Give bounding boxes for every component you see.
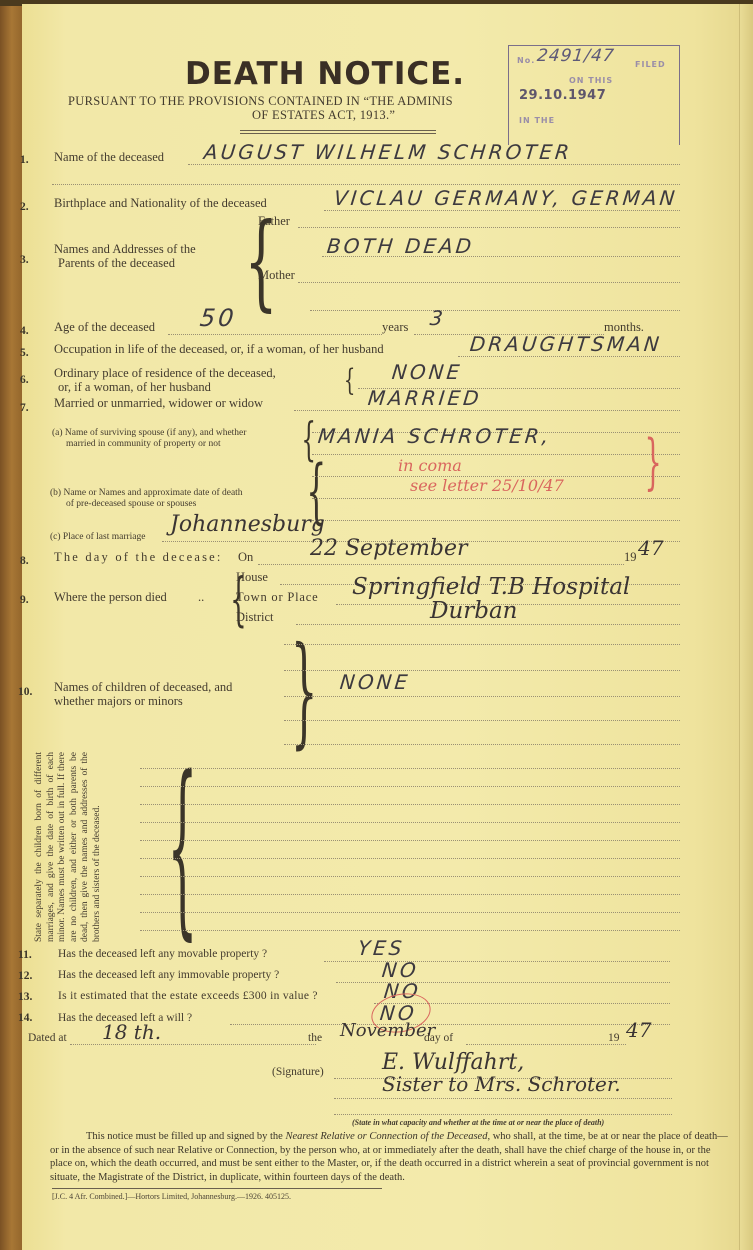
mother-line-2 [310,310,680,311]
parents-label-1: Names and Addresses of the [54,242,196,257]
instructions-rotated: State separately the children born of di… [34,752,134,942]
name-line [188,164,680,165]
movable-property-label: Has the deceased left any movable proper… [58,948,267,960]
predeceased-line-2 [312,498,680,499]
death-place-dots: .. [198,590,204,605]
mother-label: Mother [258,268,295,283]
marital-status-line [294,410,680,411]
name-line-2 [52,184,680,185]
dated-value: 18 th. [102,1020,161,1044]
birthplace-label: Birthplace and Nationality of the deceas… [54,196,267,211]
day-of-label: day of [424,1032,453,1044]
footer-notice: This notice must be filled up and signed… [50,1130,730,1184]
age-years-line [168,334,382,335]
extra-line-5 [140,840,680,841]
town-label: Town or Place [236,590,318,605]
extra-line-3 [140,804,680,805]
stamp-filed: FILED [635,60,666,69]
field-number-13: 13. [18,991,32,1003]
district-line [296,624,680,625]
page-edge [739,4,753,1250]
decease-day-line [258,564,624,565]
parents-label-2: Parents of the deceased [58,256,175,271]
instructions-brace: { [167,752,197,942]
children-line-1 [284,644,680,645]
red-bracket: } [645,432,662,492]
surviving-spouse-value: MANIA SCHROTER, [317,424,553,448]
occupation-value: DRAUGHTSMAN [469,332,663,356]
field-number-14: 14. [18,1012,32,1024]
death-town-value: Springfield T.B Hospital [352,574,630,600]
immovable-property-label: Has the deceased left any immovable prop… [58,969,279,981]
marital-status-value: MARRIED [367,386,483,410]
field-number-7: 7. [20,402,29,414]
spouse-label-1: (a) Name of surviving spouse (if any), a… [52,428,246,439]
notice-text-1: This notice must be filled up and signed… [86,1131,285,1142]
signature-label: (Signature) [272,1066,324,1078]
title-rule [240,130,436,134]
spouse-line-2 [312,454,680,455]
extra-line-4 [140,822,680,823]
years-label: years [382,320,408,335]
occupation-line [458,356,680,357]
field-number-1: 1. [20,154,29,166]
decease-year-prefix: 19 [624,550,637,565]
movable-property-line [324,961,670,962]
movable-property-value: YES [357,936,406,960]
residence-value: NONE [391,360,464,384]
extra-line-7 [140,876,680,877]
extra-line-9 [140,912,680,913]
decease-on-label: On [238,550,253,565]
red-annotation-1: in coma [398,456,462,475]
month-value: November [340,1020,435,1041]
field-number-9: 9. [20,594,29,606]
children-value: NONE [339,670,412,694]
birthplace-value: VICLAU GERMANY, GERMAN [333,186,679,210]
children-label-2: whether majors or minors [54,694,183,709]
extra-line-6 [140,858,680,859]
will-line [230,1024,670,1025]
marriage-place-value: Johannesburg [170,512,325,537]
extra-line-2 [140,786,680,787]
printer-imprint: [J.C. 4 Afr. Combined.]—Hortors Limited,… [52,1192,291,1201]
page-title: DEATH NOTICE. [185,56,465,92]
filing-stamp: No. 2491/47 FILED ON THIS 29.10.1947 IN … [508,45,680,145]
red-annotation-2: see letter 25/10/47 [410,476,564,495]
instructions-text: State separately the children born of di… [34,752,103,942]
death-place-label: Where the person died [54,590,167,605]
signature-year-value: 47 [626,1018,651,1042]
field-number-8: 8. [20,555,29,567]
subtitle-line-2: OF ESTATES ACT, 1913.” [252,108,395,123]
dated-label: Dated at [28,1032,67,1044]
residence-brace: { [344,366,355,396]
house-label: House [236,570,268,585]
parents-value: BOTH DEAD [326,234,476,258]
predeceased-label-1: (b) Name or Names and approximate date o… [50,488,243,499]
death-notice-page: DEATH NOTICE. PURSUANT TO THE PROVISIONS… [22,4,753,1250]
extra-line-1 [140,768,680,769]
name-label: Name of the deceased [54,150,164,165]
stamp-in-the: IN THE [519,116,555,125]
children-brace: } [291,632,318,752]
signature-year-prefix: 19 [608,1032,620,1044]
children-label-1: Names of children of deceased, and [54,680,232,695]
extra-line-8 [140,894,680,895]
deceased-name-value: AUGUST WILHELM SCHROTER [203,140,574,164]
field-number-4: 4. [20,325,29,337]
field-number-6: 6. [20,374,29,386]
age-years-value: 50 [199,304,238,332]
spouse-label-2: married in community of property or not [66,439,221,450]
field-number-10: 10. [18,686,32,698]
extra-line-10 [140,930,680,931]
capacity-note: (State in what capacity and whether at t… [352,1118,604,1127]
capacity-line-2 [334,1114,672,1115]
children-line-5 [284,744,680,745]
decease-date-value: 22 September [310,536,468,561]
age-months-value: 3 [429,306,447,330]
marriage-place-label: (c) Place of last marriage [50,532,145,543]
children-line-3 [284,696,680,697]
stamp-number-prefix: No. [517,56,535,65]
stamp-date: 29.10.1947 [519,88,606,103]
occupation-label: Occupation in life of the deceased, or, … [54,342,384,357]
residence-label-2: or, if a woman, of her husband [58,380,211,395]
imprint-rule [52,1188,382,1189]
capacity-line [334,1098,672,1099]
the-label: the [308,1032,322,1044]
field-number-11: 11. [18,949,32,961]
mother-line [298,282,680,283]
estate-value-label: Is it estimated that the estate exceeds … [58,990,318,1002]
district-label: District [236,610,274,625]
dated-line [70,1044,316,1045]
age-label: Age of the deceased [54,320,155,335]
field-number-5: 5. [20,347,29,359]
field-number-3: 3. [20,254,29,266]
stamp-number: 2491/47 [536,46,616,66]
decease-year-value: 47 [638,536,663,560]
birthplace-line [324,210,680,211]
predeceased-line-3 [312,520,680,521]
death-district-value: Durban [430,598,518,624]
father-label: Father [258,214,290,229]
children-line-4 [284,720,680,721]
residence-label-1: Ordinary place of residence of the decea… [54,366,276,381]
field-number-12: 12. [18,970,32,982]
field-number-2: 2. [20,201,29,213]
day-of-line [466,1044,626,1045]
marital-status-label: Married or unmarried, widower or widow [54,396,263,411]
father-line [298,227,680,228]
notice-emphasis: Nearest Relative or Connection of the De… [285,1131,487,1142]
decease-day-label: The day of the decease: [54,550,223,565]
subtitle-line-1: PURSUANT TO THE PROVISIONS CONTAINED IN … [68,94,453,109]
stamp-on-this: ON THIS [569,76,613,85]
predeceased-label-2: of pre-deceased spouse or spouses [66,499,196,510]
father-line-2 [322,256,680,257]
capacity-value: Sister to Mrs. Schroter. [382,1072,621,1096]
